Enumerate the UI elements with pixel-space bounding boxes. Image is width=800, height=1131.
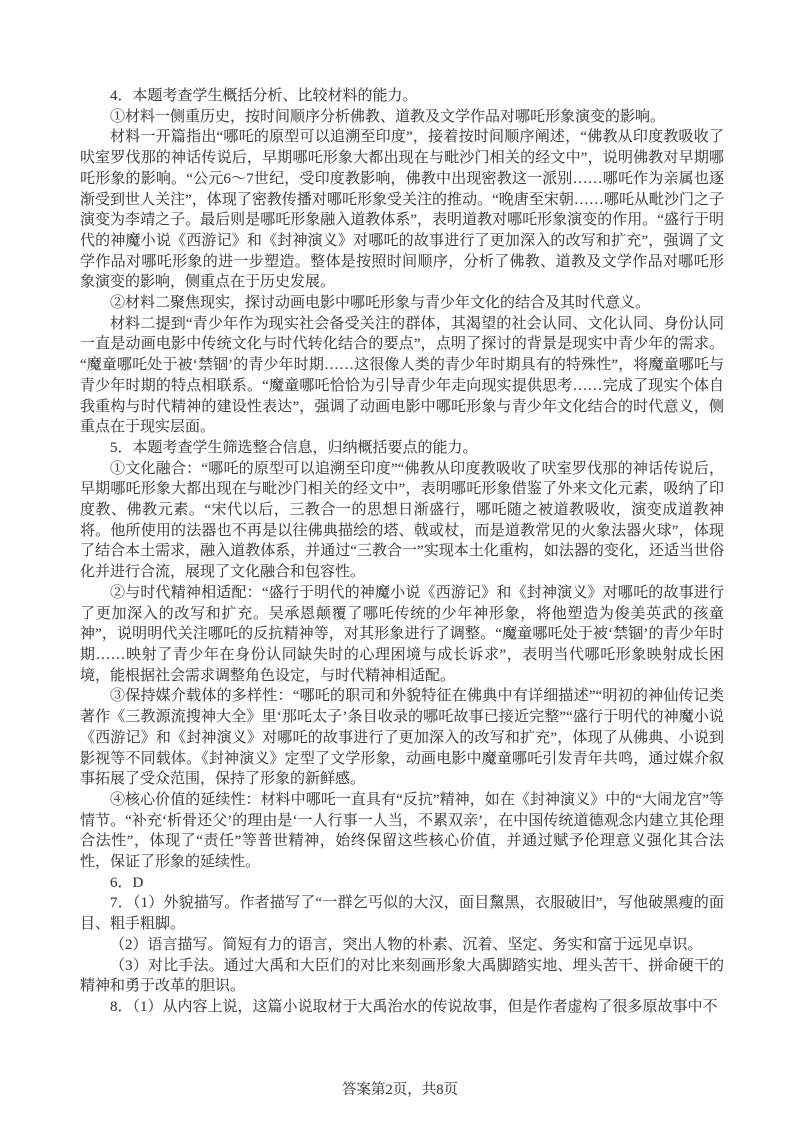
answer-paragraph-q5-intro: 5．本题考查学生筛选整合信息，归纳概括要点的能力。 bbox=[80, 438, 724, 459]
page-footer: 答案第2页，共8页 bbox=[0, 1078, 800, 1099]
page-number-label: 答案第2页，共8页 bbox=[342, 1082, 458, 1098]
answer-paragraph-q5-point2: ②与时代精神相适配：“盛行于明代的神魔小说《西游记》和《封神演义》对哪吒的故事进… bbox=[80, 583, 724, 687]
answer-paragraph-q4-analysis1: 材料一开篇指出“哪吒的原型可以追溯至印度”，接着按时间顺序阐述，“佛教从印度教吸… bbox=[80, 127, 724, 293]
answer-sheet-page: 4．本题考查学生概括分析、比较材料的能力。 ①材料一侧重历史，按时间顺序分析佛教… bbox=[0, 0, 800, 1131]
answer-paragraph-q4-point1: ①材料一侧重历史，按时间顺序分析佛教、道教及文学作品对哪吒形象演变的影响。 bbox=[80, 107, 724, 128]
answer-paragraph-q5-point4: ④核心价值的延续性：材料中哪吒一直具有“反抗”精神，如在《封神演义》中的“大闹龙… bbox=[80, 790, 724, 873]
answer-paragraph-q8-part1: 8．（1）从内容上说，这篇小说取材于大禹治水的传说故事，但是作者虚构了很多原故事… bbox=[80, 997, 724, 1018]
answer-paragraph-q5-point1: ①文化融合：“哪吒的原型可以追溯至印度”“佛教从印度教吸收了吠室罗伐那的神话传说… bbox=[80, 459, 724, 583]
answer-paragraph-q4-intro: 4．本题考查学生概括分析、比较材料的能力。 bbox=[80, 86, 724, 107]
answer-paragraph-q4-analysis2: 材料二提到“青少年作为现实社会备受关注的群体，其渴望的社会认同、文化认同、身份认… bbox=[80, 314, 724, 438]
answer-paragraph-q7-part1: 7．（1）外貌描写。作者描写了“一群乞丐似的大汉，面目黧黑，衣服破旧”，写他破黑… bbox=[80, 893, 724, 934]
answer-paragraph-q7-part3: （3）对比手法。通过大禹和大臣们的对比来刻画形象大禹脚踏实地、埋头苦干、拼命硬干… bbox=[80, 956, 724, 997]
answer-paragraph-q7-part2: （2）语言描写。简短有力的语言，突出人物的朴素、沉着、坚定、务实和富于远见卓识。 bbox=[80, 935, 724, 956]
answer-text-block: 4．本题考查学生概括分析、比较材料的能力。 ①材料一侧重历史，按时间顺序分析佛教… bbox=[80, 86, 724, 1018]
answer-paragraph-q6: 6．D bbox=[80, 873, 724, 894]
answer-paragraph-q4-point2: ②材料二聚焦现实，探讨动画电影中哪吒形象与青少年文化的结合及其时代意义。 bbox=[80, 293, 724, 314]
answer-paragraph-q5-point3: ③保持媒介载体的多样性：“哪吒的职司和外貌特征在佛典中有详细描述”“明初的神仙传… bbox=[80, 686, 724, 790]
